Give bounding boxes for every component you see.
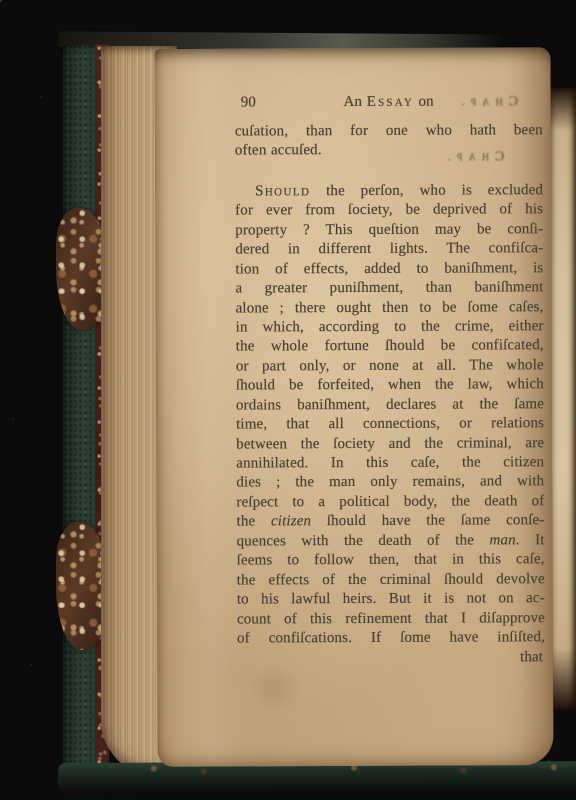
page-text: 90 An Essay on Chap. Chap. cuſation, tha… <box>235 93 546 669</box>
text-line: count of this refinement that I diſappro… <box>237 609 545 630</box>
text-line: in which, according to the crime, either <box>236 317 544 338</box>
text-line: tion of effects, added to baniſhment, is <box>235 259 543 280</box>
dust-specks <box>0 0 2 2</box>
text-line: Should the perſon, who is excluded <box>235 181 543 202</box>
text-line: time, that all connections, or relations <box>236 414 544 435</box>
page-number: 90 <box>241 94 256 111</box>
page-header: 90 An Essay on Chap. Chap. <box>235 93 543 114</box>
text-line: the effects of the criminal ſhould devol… <box>237 570 545 591</box>
text-line: a greater puniſhment, than baniſhment <box>235 278 543 299</box>
running-title: An Essay on <box>344 94 434 110</box>
ghost-showthrough-header: Chap. <box>431 94 543 110</box>
text-line: ſhould be forfeited, when the law, which <box>236 375 544 396</box>
text-line: reſpect to a political body, the death o… <box>236 492 544 513</box>
text-line: dies ; the man only remains, and with <box>236 473 544 494</box>
text-line: of confiſcations. If ſome have inſiſted, <box>237 628 545 649</box>
text-line: between the ſociety and the criminal, ar… <box>236 434 544 455</box>
paragraph: cuſation, than for one who hath beenofte… <box>235 121 543 161</box>
text-line: quences with the death of the man. It <box>237 531 545 552</box>
text-line: dered in different lights. The confiſca- <box>235 239 543 260</box>
text-line: the whole fortune ſhould be confiſcated, <box>236 337 544 358</box>
text-line: alone ; there ought then to be ſome caſe… <box>236 298 544 319</box>
text-line: to his lawful heirs. But it is not on ac… <box>237 589 545 610</box>
text-line: ordains baniſhment, declares at the ſame <box>236 395 544 416</box>
text-line: property ? This queſtion may be conſi- <box>235 220 543 241</box>
text-line: or part only, or none at all. The whole <box>236 356 544 377</box>
book-page: 90 An Essay on Chap. Chap. cuſation, tha… <box>154 47 553 767</box>
text-line: often accuſed. <box>235 141 543 162</box>
text-line: annihilated. In this caſe, the citizen <box>236 453 544 474</box>
text-line: ſeems to follow then, that in this caſe, <box>237 550 545 571</box>
body-text: cuſation, than for one who hath beenofte… <box>235 121 545 649</box>
text-line: for ever from ſociety, be deprived of hi… <box>235 200 543 221</box>
text-line: cuſation, than for one who hath been <box>235 121 543 142</box>
catchword: that <box>237 648 545 669</box>
text-line: the citizen ſhould have the ſame conſe- <box>236 511 544 532</box>
book-photo: 90 An Essay on Chap. Chap. cuſation, tha… <box>0 0 576 800</box>
paragraph: Should the perſon, who is excludedfor ev… <box>235 181 545 649</box>
